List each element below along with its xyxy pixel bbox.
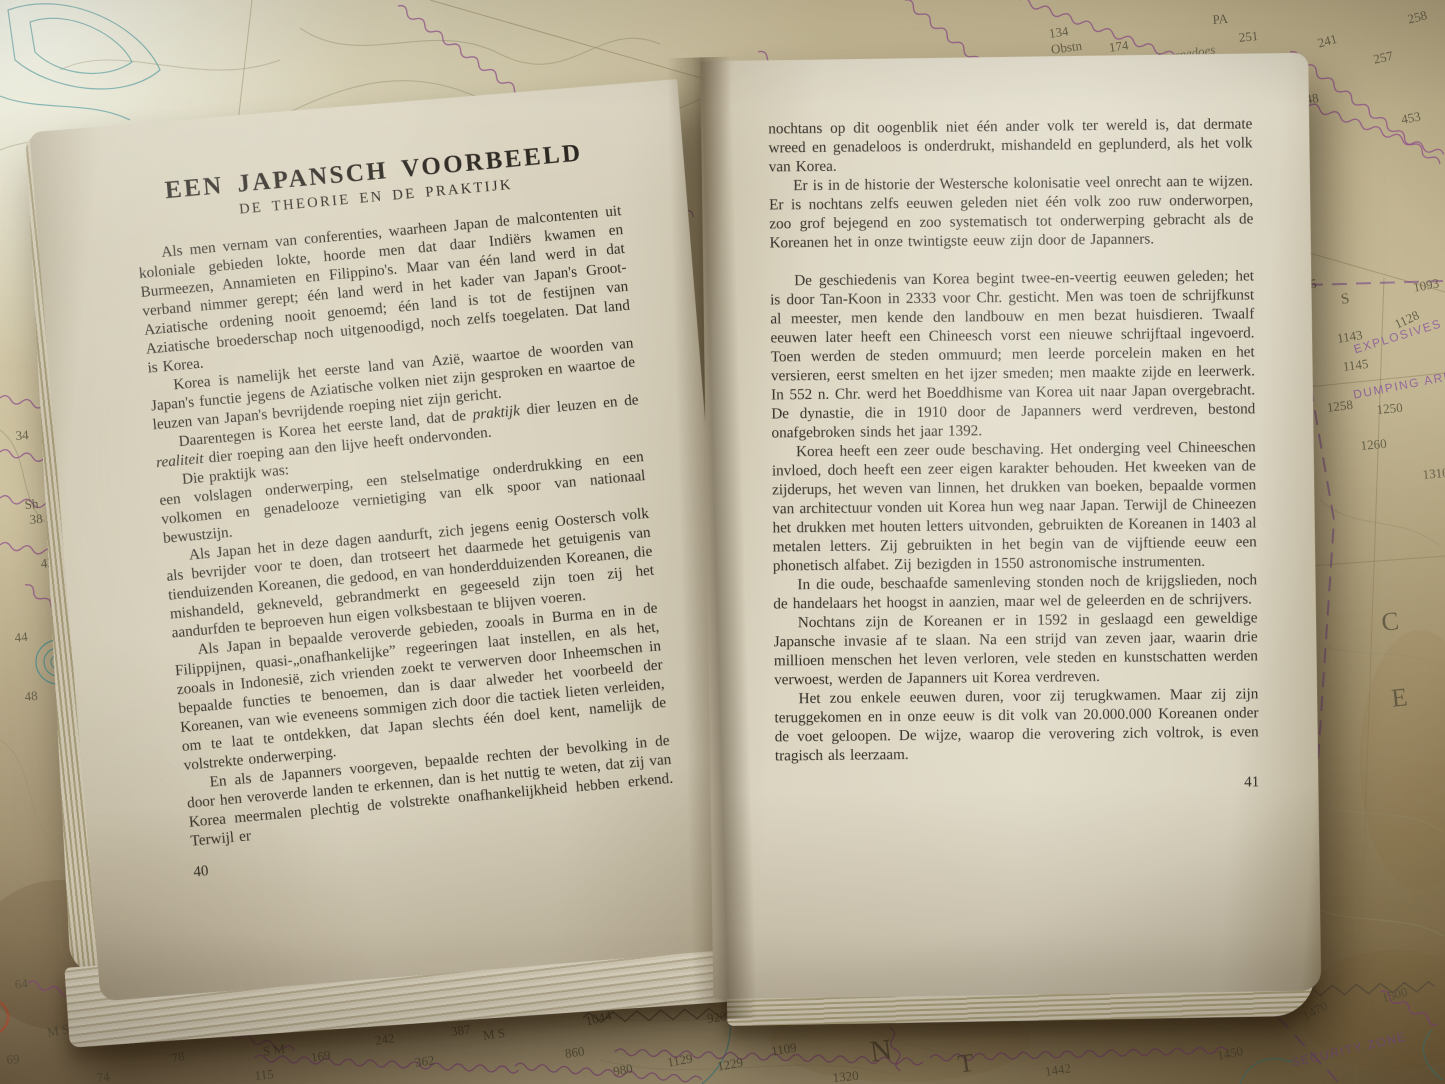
map-label: T bbox=[956, 1048, 978, 1080]
right-page-text: nochtans op dit oogenblik niet één ander… bbox=[768, 114, 1259, 797]
map-label: 48 bbox=[24, 688, 38, 705]
map-label: 1250 bbox=[1376, 400, 1403, 418]
map-label: 1129 bbox=[666, 1051, 694, 1071]
map-label: C bbox=[1380, 606, 1402, 638]
map-label: S bbox=[1340, 291, 1353, 309]
map-label: PA bbox=[1212, 11, 1229, 28]
map-label: 1229 bbox=[716, 1054, 744, 1074]
map-label: 362 bbox=[414, 1052, 436, 1071]
map-label: 1450 bbox=[1216, 1043, 1244, 1063]
map-label: 64 bbox=[14, 976, 29, 993]
map-label: 980 bbox=[612, 1061, 634, 1080]
map-label: 257 bbox=[1372, 48, 1394, 68]
open-book: EEN JAPANSCH VOORBEELD DE THEORIE EN DE … bbox=[39, 40, 1333, 1037]
map-label: 242 bbox=[374, 1030, 396, 1049]
map-label: 1093 bbox=[1412, 275, 1440, 295]
map-label: M S bbox=[482, 1025, 506, 1044]
map-label: 258 bbox=[1406, 7, 1429, 27]
paragraph: nochtans op dit oogenblik niet één ander… bbox=[768, 114, 1253, 176]
map-label: 1500 bbox=[1380, 984, 1409, 1007]
map-label: 34 bbox=[15, 427, 29, 444]
paragraph: Het zou enkele eeuwen duren, voor zij te… bbox=[774, 684, 1259, 765]
map-label: 1109 bbox=[770, 1040, 798, 1060]
map-label: 1310 bbox=[1422, 465, 1445, 483]
paragraph: Nochtans zijn de Koreanen er in 1592 in … bbox=[773, 608, 1258, 689]
map-label: 44 bbox=[14, 629, 28, 646]
paragraph: Korea heeft een zeer oude beschaving. He… bbox=[772, 437, 1257, 575]
map-label: 1145 bbox=[1342, 356, 1369, 375]
right-page: nochtans op dit oogenblik niet één ander… bbox=[700, 53, 1321, 999]
map-label: 74 bbox=[96, 1069, 110, 1084]
map-label: 1442 bbox=[1044, 1060, 1072, 1079]
map-label: 38 bbox=[29, 511, 43, 528]
map-label: 453 bbox=[1400, 109, 1422, 128]
page-number-right: 41 bbox=[775, 773, 1259, 797]
map-label: 1320 bbox=[832, 1068, 859, 1084]
paragraph: Er is in de historie der Westersche kolo… bbox=[769, 171, 1254, 252]
map-label: 69 bbox=[6, 1051, 20, 1068]
map-label: 115 bbox=[254, 1066, 274, 1084]
map-label: 169 bbox=[310, 1047, 332, 1066]
paragraph: In die oude, beschaafde samenleving ston… bbox=[773, 570, 1257, 613]
right-page-paragraphs: nochtans op dit oogenblik niet één ander… bbox=[768, 114, 1259, 765]
map-label: 860 bbox=[564, 1043, 586, 1062]
left-page-paragraphs: Als men vernam van conferenties, waarhee… bbox=[136, 201, 675, 851]
map-label: S M bbox=[262, 1041, 286, 1060]
map-label: SECURITY ZONE bbox=[1290, 1029, 1408, 1069]
left-page: EEN JAPANSCH VOORBEELD DE THEORIE EN DE … bbox=[29, 79, 748, 1001]
paragraph: De geschiedenis van Korea begint twee-en… bbox=[770, 266, 1256, 442]
map-label: 1260 bbox=[1360, 436, 1387, 454]
map-label: 78 bbox=[170, 1048, 186, 1066]
map-label: 241 bbox=[1316, 31, 1339, 52]
map-label: E bbox=[1390, 682, 1411, 714]
map-label: 1258 bbox=[1326, 397, 1354, 416]
left-page-text: EEN JAPANSCH VOORBEELD DE THEORIE EN DE … bbox=[131, 140, 679, 882]
map-label: N bbox=[868, 1033, 896, 1070]
